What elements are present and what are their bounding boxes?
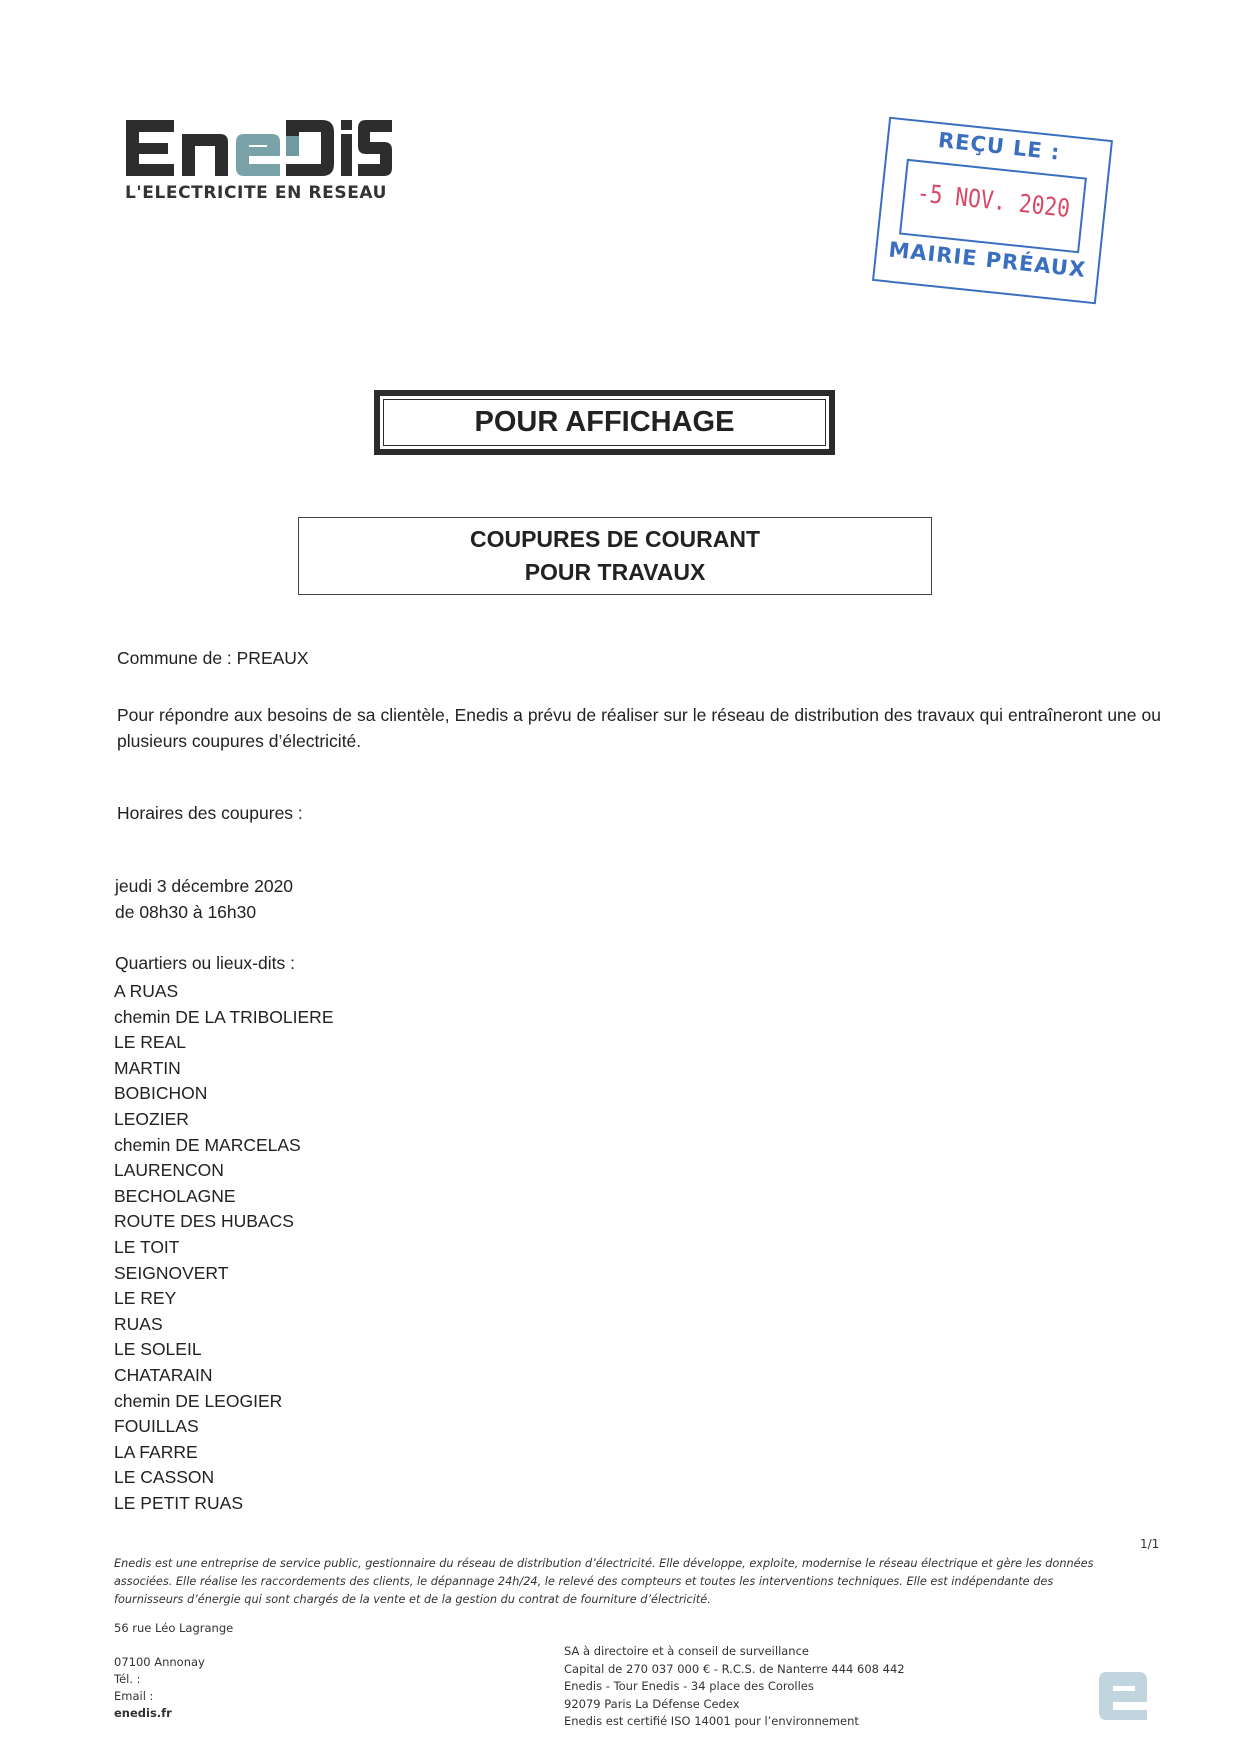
place-item: LE REAL xyxy=(114,1030,334,1056)
display-notice-inner: POUR AFFICHAGE xyxy=(383,399,826,446)
power-cut-title-box: COUPURES DE COURANT POUR TRAVAUX xyxy=(298,517,932,595)
places-list: A RUASchemin DE LA TRIBOLIERELE REALMART… xyxy=(114,979,334,1516)
legal-notice: Enedis est une entreprise de service pub… xyxy=(114,1555,1099,1609)
schedule-label: Horaires des coupures : xyxy=(117,803,303,824)
outage-time-range: de 08h30 à 16h30 xyxy=(115,902,256,923)
corporate-line: Enedis est certifié ISO 14001 pour l’env… xyxy=(564,1713,905,1731)
power-cut-title-line1: COUPURES DE COURANT xyxy=(470,523,760,556)
place-item: A RUAS xyxy=(114,979,334,1005)
place-item: ROUTE DES HUBACS xyxy=(114,1209,334,1235)
place-item: chemin DE LA TRIBOLIERE xyxy=(114,1005,334,1031)
address-street: 56 rue Léo Lagrange xyxy=(114,1620,233,1637)
received-stamp: REÇU LE : -5 NOV. 2020 MAIRIE PRÉAUX xyxy=(872,117,1113,305)
place-item: LE PETIT RUAS xyxy=(114,1491,334,1517)
place-item: LE CASSON xyxy=(114,1465,334,1491)
enedis-logo xyxy=(124,116,394,180)
place-item: chemin DE LEOGIER xyxy=(114,1389,334,1415)
corporate-line: SA à directoire et à conseil de surveill… xyxy=(564,1643,905,1661)
place-item: LEOZIER xyxy=(114,1107,334,1133)
place-item: BOBICHON xyxy=(114,1081,334,1107)
corporate-line: Enedis - Tour Enedis - 34 place des Coro… xyxy=(564,1678,905,1696)
display-notice-title: POUR AFFICHAGE xyxy=(475,406,735,439)
address-city: 07100 Annonay xyxy=(114,1654,233,1671)
place-item: SEIGNOVERT xyxy=(114,1261,334,1287)
display-notice-box: POUR AFFICHAGE xyxy=(374,390,835,455)
place-item: chemin DE MARCELAS xyxy=(114,1133,334,1159)
intro-paragraph: Pour répondre aux besoins de sa clientèl… xyxy=(117,702,1161,754)
place-item: LAURENCON xyxy=(114,1158,334,1184)
place-item: RUAS xyxy=(114,1312,334,1338)
place-item: LA FARRE xyxy=(114,1440,334,1466)
corporate-line: 92079 Paris La Défense Cedex xyxy=(564,1696,905,1714)
website-link[interactable]: enedis.fr xyxy=(114,1705,233,1722)
places-label: Quartiers ou lieux-dits : xyxy=(115,953,295,974)
place-item: FOUILLAS xyxy=(114,1414,334,1440)
page-number: 1/1 xyxy=(1140,1537,1159,1551)
place-item: LE SOLEIL xyxy=(114,1337,334,1363)
corporate-line: Capital de 270 037 000 € - R.C.S. de Nan… xyxy=(564,1661,905,1679)
place-item: MARTIN xyxy=(114,1056,334,1082)
commune-label: Commune de : PREAUX xyxy=(117,648,309,669)
enedis-mark-icon xyxy=(1095,1668,1151,1724)
corporate-info: SA à directoire et à conseil de surveill… xyxy=(564,1643,905,1731)
address-email: Email : xyxy=(114,1688,233,1705)
address-phone: Tél. : xyxy=(114,1671,233,1688)
place-item: LE REY xyxy=(114,1286,334,1312)
brand-tagline: L'ELECTRICITE EN RESEAU xyxy=(125,183,387,203)
place-item: CHATARAIN xyxy=(114,1363,334,1389)
outage-date: jeudi 3 décembre 2020 xyxy=(115,876,293,897)
local-address: 56 rue Léo Lagrange 07100 Annonay Tél. :… xyxy=(114,1620,233,1722)
power-cut-title-line2: POUR TRAVAUX xyxy=(525,556,706,589)
place-item: LE TOIT xyxy=(114,1235,334,1261)
place-item: BECHOLAGNE xyxy=(114,1184,334,1210)
